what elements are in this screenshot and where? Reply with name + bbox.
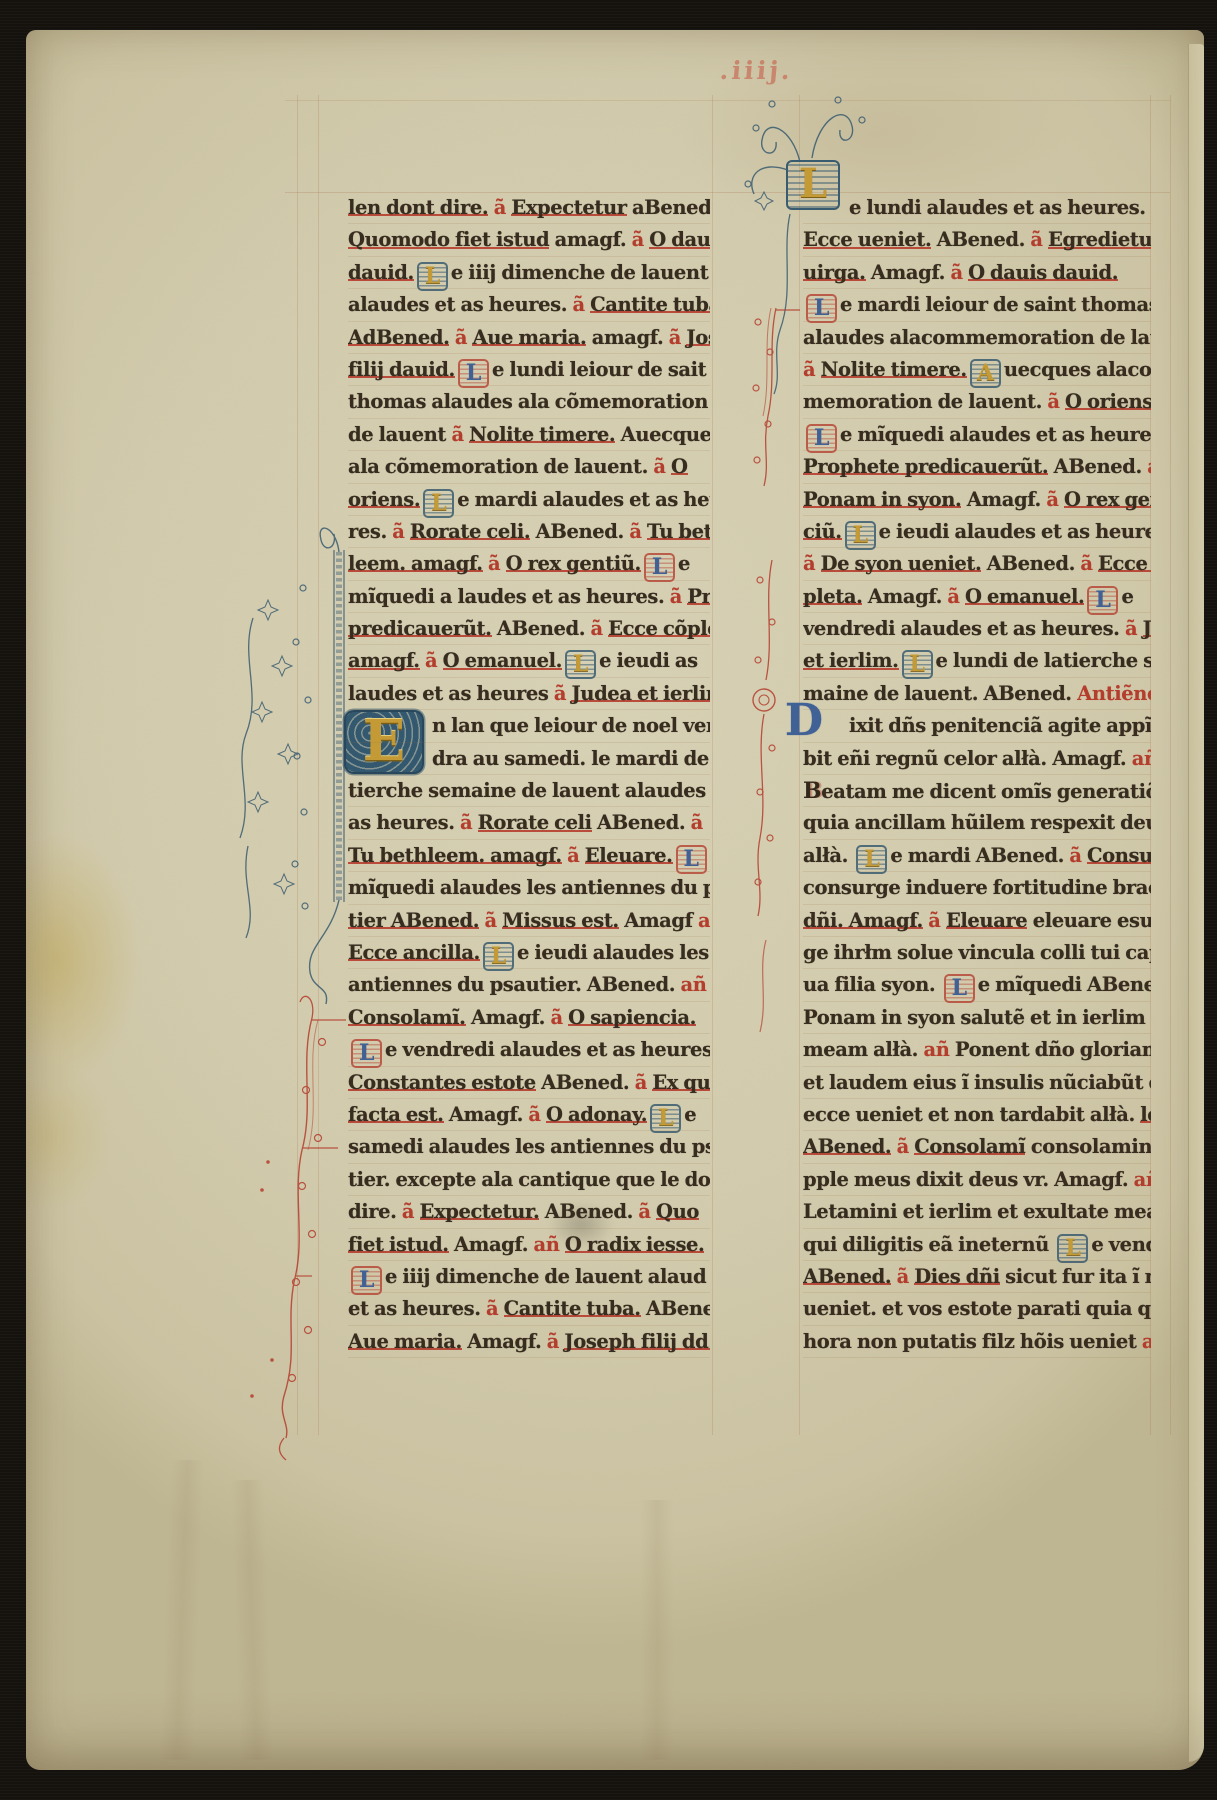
inline-initial: A xyxy=(972,361,999,386)
text-line: pple meus dixit deus vr. Amagf. añ xyxy=(803,1164,1151,1196)
text-line: Ponam in syon salutẽ et in ierlim glãm xyxy=(803,1002,1151,1034)
text-line: Le mardi leiour de saint thomas xyxy=(803,289,1151,321)
text-segment: ã xyxy=(670,585,688,608)
text-segment: añ xyxy=(1134,1168,1151,1191)
text-segment: len dont dire. xyxy=(348,196,488,219)
text-segment: ã xyxy=(669,326,687,349)
text-segment: e ieudi alaudes les xyxy=(517,941,709,964)
text-line: mĩquedi alaudes les antiennes du psau xyxy=(348,872,710,904)
text-segment: Quo xyxy=(656,1200,699,1223)
text-segment: O sapiencia. xyxy=(568,1006,696,1029)
text-segment: ã xyxy=(638,1200,656,1223)
text-line: ABened. ã Consolamĩ consolamini xyxy=(803,1131,1151,1163)
text-segment: Amagf xyxy=(619,909,698,932)
text-line: len dont dire. ã Expectetur aBened. añ xyxy=(348,192,710,224)
text-segment: res. xyxy=(348,520,392,543)
text-segment: Amagf. xyxy=(961,488,1046,511)
inline-initial: L xyxy=(646,555,673,580)
text-line: leem. amagf. ã O rex gentiũ.Le xyxy=(348,548,710,580)
text-line: amagf. ã O emanuel.Le ieudi as xyxy=(348,645,710,677)
text-segment: ABened. xyxy=(530,520,629,543)
text-segment: et as heures. xyxy=(348,1297,486,1320)
text-segment: Consolamĩ xyxy=(914,1135,1025,1158)
text-segment: ã xyxy=(691,811,703,834)
text-segment: ã xyxy=(460,811,478,834)
text-segment: O oriens. xyxy=(1065,390,1151,413)
text-segment: Aue maria. xyxy=(348,1330,462,1353)
text-segment: n lan que leiour de noel ven xyxy=(432,714,710,737)
text-segment: ã xyxy=(420,649,443,672)
text-segment: ABened. xyxy=(641,1297,710,1320)
text-segment: e ieudi alaudes et as heures xyxy=(879,520,1151,543)
text-line: ixit dñs penitenciã agite appĩqua xyxy=(803,710,1151,742)
text-segment: ABened. xyxy=(536,1071,635,1094)
ruling-line-vertical xyxy=(318,95,319,1435)
text-segment: ã xyxy=(451,423,469,446)
manuscript-photo: .iiij. xyxy=(0,0,1217,1800)
text-segment: Ecce cõpleta xyxy=(608,617,710,640)
text-segment: ã xyxy=(947,585,965,608)
text-segment: dire. xyxy=(348,1200,402,1223)
text-segment: Joseph xyxy=(686,326,710,349)
text-segment: ã xyxy=(572,293,590,316)
text-line: oriens.Le mardi alaudes et as heu xyxy=(348,484,710,516)
text-segment: Amagf. xyxy=(444,1103,529,1126)
text-segment: amagf. xyxy=(586,326,668,349)
text-line: et ierlim.Le lundi de latierche se xyxy=(803,645,1151,677)
text-segment: Letamini et ierlim et exultate mea omĩs xyxy=(803,1200,1151,1223)
text-segment: O dauis xyxy=(649,228,710,251)
text-line: res. ã Rorate celi. ABened. ã Tu beth xyxy=(348,516,710,548)
text-segment: ABened. xyxy=(492,617,591,640)
text-line: predicauerũt. ABened. ã Ecce cõpleta xyxy=(348,613,710,645)
text-segment: e mardi ABened. xyxy=(890,844,1069,867)
text-segment: amagf. xyxy=(549,228,631,251)
text-line: Letamini et ierlim et exultate mea omĩs xyxy=(803,1196,1151,1228)
text-segment: añ xyxy=(1142,1330,1151,1353)
text-line: et laudem eius ĩ insulis nũciabũt quia xyxy=(803,1067,1151,1099)
text-segment: Nolite timere. xyxy=(469,423,615,446)
text-line: uirga. Amagf. ã O dauis dauid. xyxy=(803,257,1151,289)
text-segment: dra au samedi. le mardi de la xyxy=(432,747,710,770)
text-line: Constantes estote ABened. ã Ex quo xyxy=(348,1067,710,1099)
text-segment: añ xyxy=(681,973,707,996)
text-segment: Ecce ancilla. xyxy=(348,941,480,964)
text-segment: ã xyxy=(562,844,585,867)
text-line: AdBened. ã Aue maria. amagf. ã Joseph xyxy=(348,322,710,354)
text-segment: añ xyxy=(534,1233,565,1256)
text-line: Le mĩquedi alaudes et as heures. ã xyxy=(803,419,1151,451)
text-segment: ua filia syon. xyxy=(803,973,941,996)
text-segment: ABened. xyxy=(539,1200,638,1223)
text-segment: ã xyxy=(632,228,650,251)
text-line: consurge induere fortitudine brachiũ xyxy=(803,872,1151,904)
text-line: antiennes du psautier. ABened. añ xyxy=(348,969,710,1001)
text-segment: ã xyxy=(1069,844,1087,867)
text-segment: Eleuare xyxy=(946,909,1027,932)
text-line: memoration de lauent. ã O oriens. xyxy=(803,386,1151,418)
text-segment: O dauis dauid. xyxy=(968,261,1118,284)
text-line: mĩquedi a laudes et as heures. ã Prophe xyxy=(348,581,710,613)
text-segment: Ecce ueniet. xyxy=(803,228,931,251)
inline-initial: L xyxy=(353,1041,380,1066)
text-segment: ge ihrłm solue vincula colli tui capti xyxy=(803,941,1151,964)
ruling-line-vertical xyxy=(712,95,713,1435)
text-segment: Prophete predicauerũt. xyxy=(803,455,1048,478)
text-segment: as heures. xyxy=(348,811,460,834)
text-line: Le iiij dimenche de lauent alaud xyxy=(348,1261,710,1293)
text-segment: Auecques xyxy=(615,423,710,446)
text-segment: aBened. xyxy=(627,196,710,219)
text-segment: O rex gen xyxy=(1064,488,1151,511)
text-segment: maine de lauent. ABened. xyxy=(803,682,1077,705)
text-segment: Dies dñi xyxy=(914,1265,1000,1288)
text-line: ã Nolite timere.Auecques alacom xyxy=(803,354,1151,386)
text-line: e lundi alaudes et as heures. añ xyxy=(803,192,1151,224)
text-segment: Tu bethleem. amagf. xyxy=(348,844,562,867)
text-segment: mĩquedi a laudes et as heures. xyxy=(348,585,670,608)
inline-initial: L xyxy=(652,1106,679,1131)
text-segment: oriens. xyxy=(348,488,420,511)
text-segment: ABened. xyxy=(803,1135,891,1158)
text-segment: tier ABened. xyxy=(348,909,479,932)
text-segment: Egredietur xyxy=(1048,228,1151,251)
text-segment: Rorate celi xyxy=(478,811,592,834)
text-segment: memoration de lauent. xyxy=(803,390,1047,413)
text-line: tierche semaine de lauent alaudes et xyxy=(348,775,710,807)
text-line: Ponam in syon. Amagf. ã O rex gen xyxy=(803,484,1151,516)
text-segment: bit eñi regnũ celor alłà. Amagf. xyxy=(803,747,1132,770)
ruling-line-vertical xyxy=(799,95,800,1435)
text-segment: e vendredi alaudes et as heures. xyxy=(385,1038,710,1061)
text-segment: e xyxy=(684,1103,696,1126)
text-segment: e xyxy=(1121,585,1133,608)
text-segment: ã xyxy=(392,520,410,543)
text-segment: eatam me dicent omĩs generatiões xyxy=(821,780,1151,803)
text-segment: ã xyxy=(402,1200,420,1223)
ruling-line-vertical xyxy=(1170,95,1171,1435)
text-segment: tier. excepte ala cantique que le doit xyxy=(348,1168,710,1191)
text-segment: Judea xyxy=(1143,617,1151,640)
text-segment: ã xyxy=(1080,552,1098,575)
page-bottom-shadow xyxy=(26,1690,1204,1770)
column-right: e lundi alaudes et as heures. añEcce uen… xyxy=(803,192,1151,1358)
text-segment: sicut fur ita ĩ nocte xyxy=(1000,1265,1151,1288)
text-segment: ã xyxy=(486,1297,504,1320)
text-segment: ABened. xyxy=(931,228,1030,251)
text-segment: ixit dñs penitenciã agite appĩqua xyxy=(849,714,1151,737)
text-segment: añ xyxy=(1147,455,1151,478)
text-segment: Rorate celi. xyxy=(410,520,530,543)
text-segment: consurge induere fortitudine brachiũ xyxy=(803,876,1151,899)
text-line: Quomodo fiet istud amagf. ã O dauis xyxy=(348,224,710,256)
text-segment: e lundi de latierche se xyxy=(936,649,1151,672)
text-segment: e lundi leiour de sait xyxy=(492,358,706,381)
text-line: tier ABened. ã Missus est. Amagf añ xyxy=(348,905,710,937)
text-line: facta est. Amagf. ã O adonay.Le xyxy=(348,1099,710,1131)
text-segment: Amagf. xyxy=(462,1330,547,1353)
text-line: Aue maria. Amagf. ã Joseph filij dd. xyxy=(348,1326,710,1358)
text-segment: alaudes alacommemoration de lauet xyxy=(803,326,1151,349)
text-line: thomas alaudes ala cõmemoration xyxy=(348,386,710,418)
text-segment: ã xyxy=(891,1265,914,1288)
text-segment: alaudes et as heures. xyxy=(348,293,572,316)
inline-initial: L xyxy=(353,1268,380,1293)
inline-initial: L xyxy=(425,491,452,516)
text-segment: e vendredi xyxy=(1091,1233,1151,1256)
text-segment: ã xyxy=(803,552,821,575)
text-segment: fiet istud. xyxy=(348,1233,449,1256)
text-line: ala cõmemoration de lauent. ã O xyxy=(348,451,710,483)
text-line: bit eñi regnũ celor alłà. Amagf. añt xyxy=(803,743,1151,775)
text-segment: Expectetur. xyxy=(420,1200,540,1223)
text-segment: Ponam in syon. xyxy=(803,488,961,511)
text-segment: Quomodo fiet istud xyxy=(348,228,549,251)
text-line: Prophete predicauerũt. ABened. añ xyxy=(803,451,1151,483)
text-line: alaudes et as heures. ã Cantite tuba. xyxy=(348,289,710,321)
text-segment: ã xyxy=(528,1103,546,1126)
text-line: dire. ã Expectetur. ABened. ã Quo xyxy=(348,1196,710,1228)
text-line: hora non putatis filz hõis ueniet añ xyxy=(803,1326,1151,1358)
text-segment: ã xyxy=(591,617,609,640)
text-segment: hora non putatis filz hõis ueniet xyxy=(803,1330,1142,1353)
text-segment: Ecce com xyxy=(1098,552,1151,575)
folio-number: .iiij. xyxy=(719,56,794,85)
text-segment: Nolite timere. xyxy=(821,358,967,381)
text-segment: Amagf. xyxy=(862,585,947,608)
text-line: as heures. ã Rorate celi ABened. ã xyxy=(348,807,710,839)
text-segment: Ponam in syon salutẽ et in ierlim glãm xyxy=(803,1006,1151,1029)
text-segment: amagf. xyxy=(348,649,420,672)
text-segment: ã xyxy=(550,1006,568,1029)
text-segment: uirga. xyxy=(803,261,866,284)
text-line: laudes et as heures ã Judea et ierlim. xyxy=(348,678,710,710)
text-line: ciũ.Le ieudi alaudes et as heures xyxy=(803,516,1151,548)
inline-initial: L xyxy=(460,361,487,386)
text-line: Beatam me dicent omĩs generatiões xyxy=(803,775,1151,807)
text-line: samedi alaudes les antiennes du psau xyxy=(348,1131,710,1163)
text-segment: ala cõmemoration de lauent. xyxy=(348,455,653,478)
text-segment: AdBened. xyxy=(348,326,449,349)
text-segment: consolamini xyxy=(1025,1135,1151,1158)
text-line: n lan que leiour de noel ven xyxy=(348,710,710,742)
text-line: dñi. Amagf. ã Eleuare eleuare esur xyxy=(803,905,1151,937)
text-segment: ã xyxy=(547,1330,565,1353)
ruling-line-vertical xyxy=(297,95,298,1435)
fold-streak xyxy=(640,1500,674,1760)
ruling-line-horizontal xyxy=(285,100,1170,101)
text-segment: predicauerũt. xyxy=(348,617,492,640)
text-segment: ã xyxy=(1047,390,1065,413)
text-segment: e mĩquedi alaudes et as heures. xyxy=(840,423,1151,446)
text-segment: Judea et ierlim. xyxy=(571,682,710,705)
text-segment: e lundi alaudes et as heures. xyxy=(849,196,1151,219)
text-line: Ecce ancilla.Le ieudi alaudes les xyxy=(348,937,710,969)
text-segment: laudes et as heures xyxy=(348,682,554,705)
text-segment: Amagf. xyxy=(866,261,951,284)
inline-initial: L xyxy=(567,652,594,677)
text-segment: O rex gentiũ. xyxy=(506,552,641,575)
text-line: ABened. ã Dies dñi sicut fur ita ĩ nocte xyxy=(803,1261,1151,1293)
inline-initial: L xyxy=(678,847,705,872)
text-line: vendredi alaudes et as heures. ã Judea xyxy=(803,613,1151,645)
text-segment: dauid. xyxy=(348,261,414,284)
text-segment: ã xyxy=(629,520,647,543)
text-segment: ã xyxy=(1046,488,1064,511)
text-segment: pleta. xyxy=(803,585,862,608)
inline-initial: L xyxy=(858,847,885,872)
text-segment: samedi alaudes les antiennes du psau xyxy=(348,1135,710,1158)
text-segment: quia ancillam hũilem respexit deus xyxy=(803,811,1151,834)
text-segment: Eleuare. xyxy=(585,844,673,867)
text-line: ua filia syon. Le mĩquedi ABened. ã xyxy=(803,969,1151,1001)
text-segment: qui diligitis eã ineternũ xyxy=(803,1233,1054,1256)
text-segment: tierche semaine de lauent alaudes et xyxy=(348,779,710,802)
text-segment: ciũ. xyxy=(803,520,842,543)
text-segment: ã xyxy=(653,455,671,478)
text-line: ge ihrłm solue vincula colli tui capti xyxy=(803,937,1151,969)
text-line: qui diligitis eã ineternũ Le vendredi xyxy=(803,1229,1151,1261)
text-line: de lauent ã Nolite timere. Auecques xyxy=(348,419,710,451)
text-segment: et ierlim. xyxy=(803,649,899,672)
text-segment: uecques alacom xyxy=(1004,358,1151,381)
text-segment: ã xyxy=(923,909,946,932)
text-segment: Ponent dño gloriam xyxy=(955,1038,1151,1061)
text-segment: añt xyxy=(1132,747,1151,770)
text-line: et as heures. ã Cantite tuba. ABened. ã xyxy=(348,1293,710,1325)
text-line: dauid.Le iiij dimenche de lauent xyxy=(348,257,710,289)
text-segment: mĩquedi alaudes les antiennes du psau xyxy=(348,876,710,899)
text-segment: vendredi alaudes et as heures. xyxy=(803,617,1125,640)
inline-initial: L xyxy=(485,944,512,969)
text-segment: e iiij dimenche de lauent xyxy=(451,261,708,284)
text-segment: e ieudi as xyxy=(599,649,698,672)
page-fore-edge xyxy=(1188,44,1204,1762)
inline-initial: L xyxy=(904,652,931,677)
text-segment: Consolamĩ. xyxy=(348,1006,466,1029)
text-segment: añ xyxy=(923,1038,954,1061)
text-segment: meam alłà. xyxy=(803,1038,923,1061)
text-segment: De syon ueniet. xyxy=(821,552,982,575)
text-line: filij dauid.Le lundi leiour de sait xyxy=(348,354,710,386)
text-segment: ã xyxy=(950,261,968,284)
text-segment: Cantite tuba. xyxy=(590,293,710,316)
text-segment: pple meus dixit deus vr. Amagf. xyxy=(803,1168,1134,1191)
text-segment: ã xyxy=(1125,617,1143,640)
text-segment: O xyxy=(671,455,688,478)
text-line: ã De syon ueniet. ABened. ã Ecce com xyxy=(803,548,1151,580)
text-segment: ecce ueniet et non tardabit alłà. xyxy=(803,1103,1140,1126)
text-line: ecce ueniet et non tardabit alłà. le ieu… xyxy=(803,1099,1151,1131)
text-segment: añ xyxy=(698,909,710,932)
text-segment: ã xyxy=(449,326,472,349)
text-segment: ABened. xyxy=(1048,455,1147,478)
text-segment: ã xyxy=(479,909,502,932)
inline-initial: L xyxy=(847,523,874,548)
text-segment: Joseph filij dd. xyxy=(564,1330,710,1353)
text-line: alłà. Le mardi ABened. ã Consurge xyxy=(803,840,1151,872)
text-segment: filij dauid. xyxy=(348,358,455,381)
text-segment: Prophe xyxy=(687,585,710,608)
text-segment: leem. amagf. xyxy=(348,552,483,575)
text-segment: O adonay. xyxy=(546,1103,647,1126)
text-segment: Constantes estote xyxy=(348,1071,536,1094)
text-segment: Aue maria. xyxy=(472,326,586,349)
text-segment: ABened. xyxy=(981,552,1080,575)
text-line: tier. excepte ala cantique que le doit xyxy=(348,1164,710,1196)
text-line: ueniet. et vos estote parati quia qua xyxy=(803,1293,1151,1325)
text-line: Le vendredi alaudes et as heures. ã xyxy=(348,1034,710,1066)
text-line: meam alłà. añ Ponent dño gloriam xyxy=(803,1034,1151,1066)
text-segment: le ieudi xyxy=(1140,1103,1151,1126)
text-segment: Antiẽne xyxy=(1077,682,1151,705)
text-segment: antiennes du psautier. ABened. xyxy=(348,973,681,996)
text-line: alaudes alacommemoration de lauet xyxy=(803,322,1151,354)
text-segment: ABened. xyxy=(803,1265,891,1288)
text-segment: e mĩquedi ABened. xyxy=(978,973,1151,996)
text-segment: ã xyxy=(483,552,506,575)
text-segment: Missus est. xyxy=(502,909,619,932)
text-segment: B xyxy=(803,778,821,804)
inline-initial: L xyxy=(808,426,835,451)
text-segment: et laudem eius ĩ insulis nũciabũt quia xyxy=(803,1071,1151,1094)
text-segment: e mardi leiour de saint thomas xyxy=(840,293,1151,316)
text-segment: Consurge xyxy=(1087,844,1151,867)
text-segment: ã xyxy=(488,196,511,219)
text-segment: ABened. xyxy=(592,811,691,834)
text-segment: Amagf. xyxy=(466,1006,551,1029)
text-segment: eleuare esur xyxy=(1027,909,1151,932)
text-segment: O emanuel. xyxy=(443,649,562,672)
text-line: dra au samedi. le mardi de la xyxy=(348,743,710,775)
text-line: pleta. Amagf. ã O emanuel.Le xyxy=(803,581,1151,613)
text-segment: Cantite tuba. xyxy=(504,1297,641,1320)
text-segment: dñi. Amagf. xyxy=(803,909,923,932)
text-line: Tu bethleem. amagf. ã Eleuare.Le xyxy=(348,840,710,872)
text-segment: O radix iesse. xyxy=(565,1233,705,1256)
text-line: maine de lauent. ABened. Antiẽne xyxy=(803,678,1151,710)
inline-initial: L xyxy=(808,296,835,321)
text-segment: Amagf. xyxy=(449,1233,534,1256)
text-segment: ã xyxy=(554,682,572,705)
text-line: fiet istud. Amagf. añ O radix iesse. xyxy=(348,1229,710,1261)
text-segment: de lauent xyxy=(348,423,451,446)
text-segment: alłà. xyxy=(803,844,853,867)
text-segment: ã xyxy=(1030,228,1048,251)
text-line: Ecce ueniet. ABened. ã Egredietur xyxy=(803,224,1151,256)
text-segment: Tu beth xyxy=(647,520,710,543)
text-segment: ueniet. et vos estote parati quia qua xyxy=(803,1297,1151,1320)
text-segment: Expectetur xyxy=(511,196,626,219)
text-segment: e xyxy=(678,552,690,575)
column-left: len dont dire. ã Expectetur aBened. añQu… xyxy=(348,192,710,1358)
text-line: Consolamĩ. Amagf. ã O sapiencia. xyxy=(348,1002,710,1034)
text-segment: e mardi alaudes et as heu xyxy=(457,488,710,511)
inline-initial: L xyxy=(419,264,446,289)
inline-initial: L xyxy=(1059,1236,1086,1261)
inline-initial: L xyxy=(946,976,973,1001)
text-segment: ã xyxy=(635,1071,653,1094)
text-segment: O emanuel. xyxy=(965,585,1084,608)
inline-initial: L xyxy=(1089,588,1116,613)
text-segment: Ex quo xyxy=(652,1071,710,1094)
text-segment: ã xyxy=(803,358,821,381)
text-segment: ã xyxy=(891,1135,914,1158)
text-segment: e iiij dimenche de lauent alaud xyxy=(385,1265,706,1288)
text-segment: thomas alaudes ala cõmemoration xyxy=(348,390,708,413)
text-line: quia ancillam hũilem respexit deus xyxy=(803,807,1151,839)
text-segment: facta est. xyxy=(348,1103,444,1126)
